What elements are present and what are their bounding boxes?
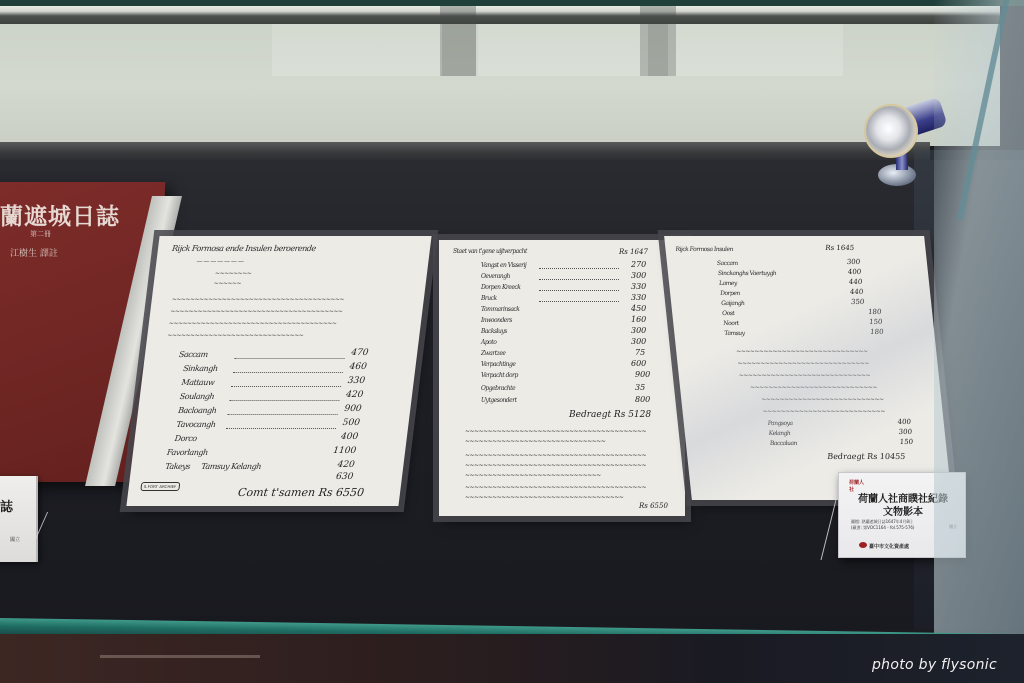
archive-stamp: S.FORT ARCHIEF xyxy=(140,482,180,491)
wall-light-reflection xyxy=(478,24,648,76)
handwritten-text: Baccaluan xyxy=(770,440,798,447)
handwritten-text: ~~~~~~~~~~~~~~~~~~~~~~~~~~~~~~~~~~~~~~~~ xyxy=(465,484,646,491)
book-title: 蘭遮城日誌 xyxy=(0,198,120,231)
handwritten-text: ~~~~~~~~~~~~~~~~~~~~~~~~~~~~~~~ xyxy=(465,438,605,445)
handwritten-text: Favorlangh xyxy=(166,448,208,457)
handwritten-text: Bruck xyxy=(481,295,497,302)
handwritten-text: Dorpen Kreeck xyxy=(481,284,520,291)
ledger-amount: 1100 xyxy=(333,446,357,456)
handwritten-text: Tommarinsack xyxy=(481,306,519,313)
paper-lighting-overlay xyxy=(664,236,952,500)
ledger-amount: 400 xyxy=(847,268,861,276)
handwritten-text: ~~~~~~~~ xyxy=(215,270,252,277)
dotted-leader-line xyxy=(231,386,341,387)
dotted-leader-line xyxy=(234,358,344,359)
wall-light-reflection xyxy=(668,24,843,76)
ledger-amount: 630 xyxy=(335,472,353,482)
handwritten-text: Opgebrachte xyxy=(481,385,515,392)
ledger-amount: 600 xyxy=(631,359,646,368)
glass-side-panel xyxy=(934,0,1024,683)
handwritten-text: Bacloangh xyxy=(178,406,217,415)
book-volume: 第二冊 xyxy=(30,229,51,239)
handwritten-text: ~~~~~~~~~~~~~~~~~~~~~~~~~~~~~~~~~~~~~~~~ xyxy=(465,452,646,459)
placard-footer: 臺中市文化資產處 xyxy=(869,543,909,550)
ledger-amount: 180 xyxy=(870,328,884,336)
ledger-amount: 150 xyxy=(899,438,913,446)
ledger-amount: 150 xyxy=(869,318,883,326)
handwritten-text: ~~~~~~~~~~~~~~~~~~~~~~~~~~~~~~~~~~~~~~ xyxy=(171,296,344,303)
left-placard-title: 誌 xyxy=(0,496,13,515)
handwritten-text: ~~~~~~~~~~~~~~~~~~~~~~~~~~~ xyxy=(761,396,884,403)
dotted-leader-line xyxy=(539,290,619,291)
handwritten-text: Verpachtinge xyxy=(481,361,515,368)
handwritten-text: Gaijangh xyxy=(721,300,745,307)
heart-logo-icon xyxy=(859,542,867,548)
dotted-leader-line xyxy=(233,372,343,373)
document-total: Bedraegt Rs 5128 xyxy=(569,410,651,420)
document-total: Bedraegt Rs 10455 xyxy=(827,452,906,461)
handwritten-text: Oost xyxy=(722,310,735,317)
ledger-amount: 460 xyxy=(349,362,367,372)
document-footer: Rs 6550 xyxy=(639,502,668,510)
handwritten-text: ~~~~~~~~~~~~~~~~~~~~~~~~~~~~~~ xyxy=(167,332,304,339)
handwritten-text: Zwartzee xyxy=(481,350,505,357)
handwritten-text: Inwoonders xyxy=(481,317,512,324)
handwritten-text: Takeys xyxy=(165,462,191,471)
handwritten-text: — — — — — — — xyxy=(196,258,244,265)
ledger-amount: 450 xyxy=(631,304,646,313)
ledger-amount: 900 xyxy=(344,404,362,414)
dotted-leader-line xyxy=(226,428,336,429)
document-total: Comt t'samen Rs 6550 xyxy=(237,486,365,499)
ledger-amount: 470 xyxy=(351,348,369,358)
spotlight-lamp-icon xyxy=(864,104,918,158)
ledger-amount: 400 xyxy=(897,418,911,426)
manuscript-document-1: Rijck Formosa ende Insulen beroerende — … xyxy=(126,236,431,506)
handwritten-text: ~~~~~~~~~~~~~~~~~~~~~~~~~~~~~~~~~~~~~~~~ xyxy=(465,428,646,435)
document-header: Rijck Formosa ende Insulen beroerende xyxy=(171,244,316,253)
handwritten-text: Oeverangh xyxy=(481,273,510,280)
dotted-leader-line xyxy=(539,268,619,269)
ledger-amount: 300 xyxy=(898,428,912,436)
handwritten-text: Saccam xyxy=(717,260,738,267)
handwritten-text: Tamsuy xyxy=(724,330,745,337)
ledger-amount: 330 xyxy=(631,282,646,291)
ledger-amount: 500 xyxy=(342,418,360,428)
dotted-leader-line xyxy=(229,400,339,401)
placard-note: (藏書: 第VOC1164 - fol.575-576) xyxy=(851,525,914,531)
ledger-amount: 440 xyxy=(850,288,864,296)
case-top-frame xyxy=(0,6,1000,24)
handwritten-text: Dorco xyxy=(174,434,197,443)
handwritten-text: ~~~~~~~~~~~~~~~~~~~~~~~~~~~~~ xyxy=(737,360,869,367)
ledger-amount: 400 xyxy=(340,432,358,442)
ledger-amount: 75 xyxy=(635,348,645,357)
ledger-amount: 270 xyxy=(631,260,646,269)
ledger-amount: Rs 1645 xyxy=(825,244,855,252)
handwritten-text: ~~~~~~~~~~~~~~~~~~~~~~~~~~~~~ xyxy=(738,372,870,379)
museum-display-case: 蘭遮城日誌 第二冊 江樹生 譯註 誌 國立 Rijck Formosa ende… xyxy=(0,0,1024,683)
handwritten-text: Saccam xyxy=(178,350,208,359)
handwritten-text: ~~~~~~ xyxy=(213,280,241,287)
handwritten-text: Noort xyxy=(723,320,739,327)
dotted-leader-line xyxy=(539,301,619,302)
ledger-amount: 420 xyxy=(337,460,355,470)
handwritten-text: ~~~~~~~~~~~~~~~~~~~~~~~~~~~~~ xyxy=(736,348,868,355)
placard-logo: 荷蘭人社 xyxy=(849,479,867,487)
case-back-ledge xyxy=(0,142,930,162)
ledger-amount: 300 xyxy=(631,337,646,346)
dotted-leader-line xyxy=(228,414,338,415)
ledger-amount: 800 xyxy=(635,395,650,404)
manuscript-document-3: Rijck Formosa Insulen Rs 1645 Saccam 300… xyxy=(664,236,952,500)
ledger-amount: 300 xyxy=(631,326,646,335)
ledger-amount: 35 xyxy=(635,383,645,392)
handwritten-text: ~~~~~~~~~~~~~~~~~~~~~~~~~~~~~~~~~~~~~~~~ xyxy=(465,462,646,469)
handwritten-text: Kelangh xyxy=(769,430,791,437)
photo-watermark: photo by flysonic xyxy=(872,657,997,673)
ledger-amount: 330 xyxy=(631,293,646,302)
handwritten-text: Tavocangh xyxy=(176,420,216,429)
handwritten-text: ~~~~~~~~~~~~~~~~~~~~~~~~~~~~~~~~~~~~~ xyxy=(168,320,336,327)
handwritten-text: Verpacht dorp xyxy=(481,372,518,379)
handwritten-text: Soulangh xyxy=(179,392,214,401)
dotted-leader-line xyxy=(539,279,619,280)
handwritten-text: ~~~~~~~~~~~~~~~~~~~~~~~~~~~~~~~~~~~ xyxy=(465,494,623,501)
handwritten-text: Sinkangh xyxy=(183,364,218,373)
handwritten-text: Backsluys xyxy=(481,328,507,335)
handwritten-text: Apoto xyxy=(481,339,496,346)
handwritten-text: Tamsuy Kelangh xyxy=(201,462,262,471)
handwritten-text: ~~~~~~~~~~~~~~~~~~~~~~~~~~~ xyxy=(762,408,885,415)
handwritten-text: ~~~~~~~~~~~~~~~~~~~~~~~~~~~~ xyxy=(750,384,878,391)
ledger-amount: 160 xyxy=(631,315,646,324)
handwritten-text: Lamey xyxy=(719,280,737,287)
case-base xyxy=(0,634,1024,683)
ledger-amount: 180 xyxy=(868,308,882,316)
document-header: Rijck Formosa Insulen xyxy=(675,246,733,253)
document-header: Staet van t'gene uijtverpacht xyxy=(453,248,527,255)
handwritten-text: ~~~~~~~~~~~~~~~~~~~~~~~~~~~~~~ xyxy=(465,472,601,479)
wall-reflection-divider xyxy=(440,6,476,76)
ledger-amount: 420 xyxy=(345,390,363,400)
handwritten-text: Pangsoya xyxy=(767,420,792,427)
manuscript-document-2: Staet van t'gene uijtverpacht Rs 1647 Va… xyxy=(439,240,685,516)
ledger-amount: 300 xyxy=(846,258,860,266)
handwritten-text: ~~~~~~~~~~~~~~~~~~~~~~~~~~~~~~~~~~~~~~ xyxy=(170,308,343,315)
ledger-amount: 900 xyxy=(635,370,650,379)
ledger-amount: Rs 1647 xyxy=(619,248,648,256)
ledger-amount: 440 xyxy=(849,278,863,286)
book-author: 江樹生 譯註 xyxy=(10,246,58,259)
handwritten-text: Vangst en Visserij xyxy=(481,262,526,269)
left-placard-note: 國立 xyxy=(10,536,20,543)
handwritten-text: Uytgesondert xyxy=(481,397,516,404)
handwritten-text: Sinckanghs Vaertuygh xyxy=(718,270,777,277)
ledger-amount: 350 xyxy=(851,298,865,306)
wall-light-reflection xyxy=(272,24,442,76)
handwritten-text: Dorpen xyxy=(720,290,740,297)
ledger-amount: 300 xyxy=(631,271,646,280)
base-reflection xyxy=(100,655,260,658)
handwritten-text: Mattauw xyxy=(181,378,215,387)
ledger-amount: 330 xyxy=(347,376,365,386)
